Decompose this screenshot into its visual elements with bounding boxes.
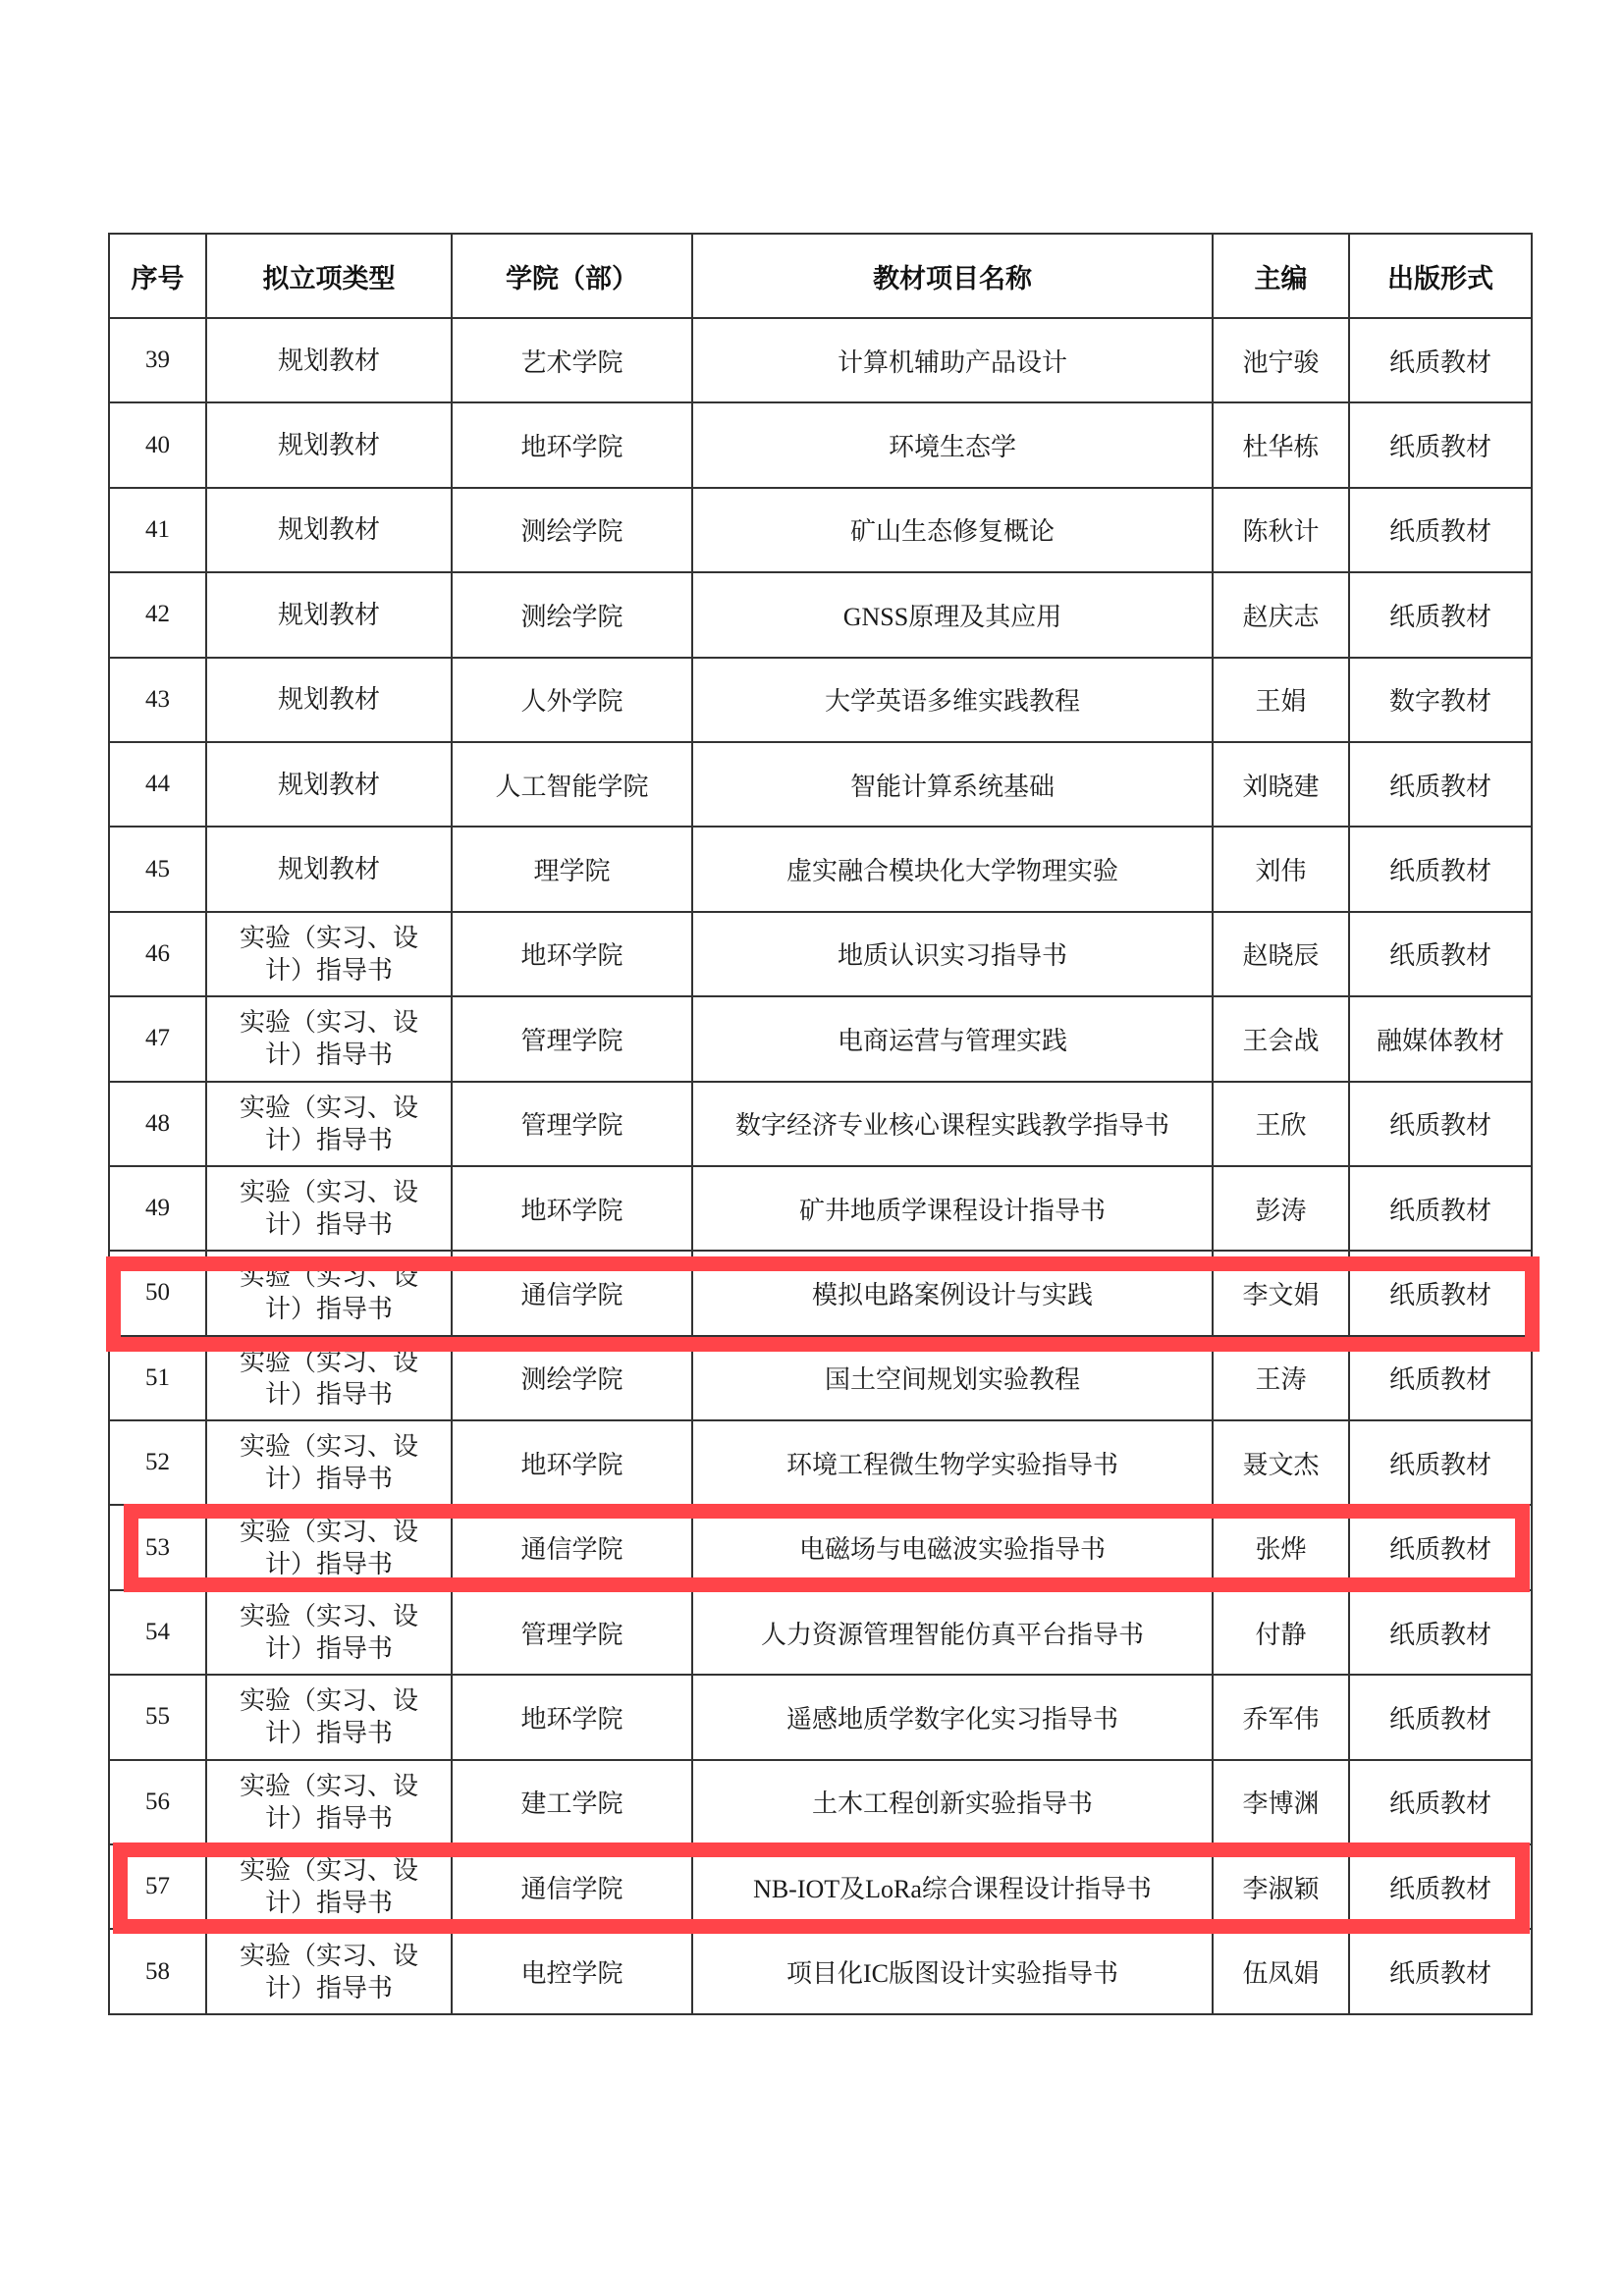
- cell-type: 实验（实习、设计）指导书: [206, 1760, 452, 1844]
- cell-editor: 伍凤娟: [1213, 1929, 1349, 2013]
- cell-editor: 池宁骏: [1213, 318, 1349, 402]
- table-row: 46实验（实习、设计）指导书地环学院地质认识实习指导书赵晓辰纸质教材: [109, 912, 1532, 996]
- cell-type-line: 规划教材: [207, 429, 451, 461]
- cell-title: 电磁场与电磁波实验指导书: [692, 1505, 1213, 1589]
- cell-type-line: 实验（实习、设: [207, 1516, 451, 1548]
- cell-no: 51: [109, 1336, 206, 1420]
- cell-format: 纸质教材: [1349, 402, 1532, 487]
- cell-type-line: 实验（实习、设: [207, 1346, 451, 1378]
- cell-type: 规划教材: [206, 318, 452, 402]
- cell-editor: 张烨: [1213, 1505, 1349, 1589]
- cell-type: 实验（实习、设计）指导书: [206, 1336, 452, 1420]
- cell-type-line: 计）指导书: [207, 1972, 451, 2004]
- table-row: 55实验（实习、设计）指导书地环学院遥感地质学数字化实习指导书乔军伟纸质教材: [109, 1675, 1532, 1759]
- cell-type: 实验（实习、设计）指导书: [206, 1675, 452, 1759]
- cell-no: 57: [109, 1844, 206, 1929]
- table-row: 40规划教材地环学院环境生态学杜华栋纸质教材: [109, 402, 1532, 487]
- cell-format: 纸质教材: [1349, 1251, 1532, 1335]
- cell-type: 实验（实习、设计）指导书: [206, 1166, 452, 1251]
- cell-college: 人外学院: [452, 658, 692, 742]
- cell-type: 实验（实习、设计）指导书: [206, 996, 452, 1081]
- cell-no: 54: [109, 1590, 206, 1675]
- cell-type-line: 计）指导书: [207, 1632, 451, 1665]
- cell-college: 地环学院: [452, 402, 692, 487]
- cell-title: 环境工程微生物学实验指导书: [692, 1420, 1213, 1505]
- cell-college: 人工智能学院: [452, 742, 692, 827]
- cell-editor: 刘伟: [1213, 827, 1349, 911]
- cell-type-line: 实验（实习、设: [207, 922, 451, 954]
- cell-no: 46: [109, 912, 206, 996]
- cell-title: 计算机辅助产品设计: [692, 318, 1213, 402]
- cell-type-line: 计）指导书: [207, 1039, 451, 1071]
- cell-type-line: 规划教材: [207, 599, 451, 631]
- cell-format: 纸质教材: [1349, 572, 1532, 657]
- cell-type: 实验（实习、设计）指导书: [206, 1082, 452, 1166]
- cell-type-line: 规划教材: [207, 345, 451, 377]
- header-no: 序号: [109, 234, 206, 318]
- cell-type-line: 计）指导书: [207, 1802, 451, 1835]
- table-row: 44规划教材人工智能学院智能计算系统基础刘晓建纸质教材: [109, 742, 1532, 827]
- cell-title: 虚实融合模块化大学物理实验: [692, 827, 1213, 911]
- cell-no: 48: [109, 1082, 206, 1166]
- cell-no: 53: [109, 1505, 206, 1589]
- cell-college: 通信学院: [452, 1251, 692, 1335]
- cell-type-line: 实验（实习、设: [207, 1770, 451, 1802]
- cell-title: 项目化IC版图设计实验指导书: [692, 1929, 1213, 2013]
- cell-no: 55: [109, 1675, 206, 1759]
- cell-title: 电商运营与管理实践: [692, 996, 1213, 1081]
- cell-type-line: 规划教材: [207, 513, 451, 546]
- cell-no: 44: [109, 742, 206, 827]
- cell-title: 数字经济专业核心课程实践教学指导书: [692, 1082, 1213, 1166]
- cell-title: 国土空间规划实验教程: [692, 1336, 1213, 1420]
- header-type: 拟立项类型: [206, 234, 452, 318]
- table-body: 39规划教材艺术学院计算机辅助产品设计池宁骏纸质教材40规划教材地环学院环境生态…: [109, 318, 1532, 2014]
- cell-type-line: 计）指导书: [207, 1887, 451, 1919]
- table-row: 47实验（实习、设计）指导书管理学院电商运营与管理实践王会战融媒体教材: [109, 996, 1532, 1081]
- cell-type-line: 规划教材: [207, 769, 451, 801]
- cell-type-line: 规划教材: [207, 683, 451, 716]
- cell-college: 通信学院: [452, 1505, 692, 1589]
- cell-college: 管理学院: [452, 1082, 692, 1166]
- cell-title: 矿山生态修复概论: [692, 488, 1213, 572]
- cell-format: 纸质教材: [1349, 912, 1532, 996]
- cell-title: NB-IOT及LoRa综合课程设计指导书: [692, 1844, 1213, 1929]
- table-row: 42规划教材测绘学院GNSS原理及其应用赵庆志纸质教材: [109, 572, 1532, 657]
- cell-college: 测绘学院: [452, 1336, 692, 1420]
- cell-editor: 王欣: [1213, 1082, 1349, 1166]
- cell-title: 遥感地质学数字化实习指导书: [692, 1675, 1213, 1759]
- cell-type: 实验（实习、设计）指导书: [206, 1929, 452, 2013]
- cell-editor: 王涛: [1213, 1336, 1349, 1420]
- table-row: 48实验（实习、设计）指导书管理学院数字经济专业核心课程实践教学指导书王欣纸质教…: [109, 1082, 1532, 1166]
- cell-college: 管理学院: [452, 996, 692, 1081]
- cell-editor: 乔军伟: [1213, 1675, 1349, 1759]
- cell-title: 环境生态学: [692, 402, 1213, 487]
- cell-type: 实验（实习、设计）指导书: [206, 1420, 452, 1505]
- cell-no: 43: [109, 658, 206, 742]
- cell-title: 人力资源管理智能仿真平台指导书: [692, 1590, 1213, 1675]
- cell-type-line: 计）指导书: [207, 1208, 451, 1241]
- cell-college: 测绘学院: [452, 572, 692, 657]
- cell-college: 管理学院: [452, 1590, 692, 1675]
- table-row: 58实验（实习、设计）指导书电控学院项目化IC版图设计实验指导书伍凤娟纸质教材: [109, 1929, 1532, 2013]
- cell-college: 地环学院: [452, 1420, 692, 1505]
- table-row: 45规划教材理学院虚实融合模块化大学物理实验刘伟纸质教材: [109, 827, 1532, 911]
- cell-title: 矿井地质学课程设计指导书: [692, 1166, 1213, 1251]
- cell-format: 纸质教材: [1349, 1166, 1532, 1251]
- cell-format: 纸质教材: [1349, 1590, 1532, 1675]
- cell-type-line: 实验（实习、设: [207, 1600, 451, 1632]
- cell-editor: 王娟: [1213, 658, 1349, 742]
- table-row: 39规划教材艺术学院计算机辅助产品设计池宁骏纸质教材: [109, 318, 1532, 402]
- cell-no: 47: [109, 996, 206, 1081]
- cell-format: 纸质教材: [1349, 742, 1532, 827]
- textbook-project-table: 序号 拟立项类型 学院（部） 教材项目名称 主编 出版形式 39规划教材艺术学院…: [108, 233, 1533, 2015]
- cell-type-line: 实验（实习、设: [207, 1854, 451, 1887]
- cell-editor: 刘晓建: [1213, 742, 1349, 827]
- table-row: 51实验（实习、设计）指导书测绘学院国土空间规划实验教程王涛纸质教材: [109, 1336, 1532, 1420]
- cell-type: 规划教材: [206, 572, 452, 657]
- cell-no: 39: [109, 318, 206, 402]
- cell-college: 地环学院: [452, 1675, 692, 1759]
- cell-no: 52: [109, 1420, 206, 1505]
- table-header-row: 序号 拟立项类型 学院（部） 教材项目名称 主编 出版形式: [109, 234, 1532, 318]
- cell-type: 规划教材: [206, 488, 452, 572]
- cell-editor: 彭涛: [1213, 1166, 1349, 1251]
- table-row: 41规划教材测绘学院矿山生态修复概论陈秋计纸质教材: [109, 488, 1532, 572]
- cell-type-line: 实验（实习、设: [207, 1684, 451, 1717]
- header-college: 学院（部）: [452, 234, 692, 318]
- cell-no: 56: [109, 1760, 206, 1844]
- cell-type-line: 实验（实习、设: [207, 1260, 451, 1293]
- cell-format: 纸质教材: [1349, 1844, 1532, 1929]
- table-row: 54实验（实习、设计）指导书管理学院人力资源管理智能仿真平台指导书付静纸质教材: [109, 1590, 1532, 1675]
- cell-type: 实验（实习、设计）指导书: [206, 1590, 452, 1675]
- cell-college: 测绘学院: [452, 488, 692, 572]
- cell-no: 42: [109, 572, 206, 657]
- cell-editor: 李博渊: [1213, 1760, 1349, 1844]
- cell-type: 实验（实习、设计）指导书: [206, 1505, 452, 1589]
- table-row: 49实验（实习、设计）指导书地环学院矿井地质学课程设计指导书彭涛纸质教材: [109, 1166, 1532, 1251]
- cell-type: 规划教材: [206, 827, 452, 911]
- cell-format: 纸质教材: [1349, 1929, 1532, 2013]
- header-format: 出版形式: [1349, 234, 1532, 318]
- cell-no: 50: [109, 1251, 206, 1335]
- cell-type-line: 实验（实习、设: [207, 1092, 451, 1124]
- cell-type: 实验（实习、设计）指导书: [206, 1844, 452, 1929]
- table-row: 56实验（实习、设计）指导书建工学院土木工程创新实验指导书李博渊纸质教材: [109, 1760, 1532, 1844]
- cell-type-line: 实验（实习、设: [207, 1176, 451, 1208]
- cell-title: GNSS原理及其应用: [692, 572, 1213, 657]
- cell-type: 规划教材: [206, 402, 452, 487]
- cell-title: 大学英语多维实践教程: [692, 658, 1213, 742]
- cell-no: 58: [109, 1929, 206, 2013]
- table-row: 43规划教材人外学院大学英语多维实践教程王娟数字教材: [109, 658, 1532, 742]
- cell-title: 土木工程创新实验指导书: [692, 1760, 1213, 1844]
- cell-type-line: 计）指导书: [207, 954, 451, 987]
- cell-editor: 李文娟: [1213, 1251, 1349, 1335]
- table-row: 50实验（实习、设计）指导书通信学院模拟电路案例设计与实践李文娟纸质教材: [109, 1251, 1532, 1335]
- cell-type-line: 计）指导书: [207, 1463, 451, 1495]
- cell-format: 纸质教材: [1349, 318, 1532, 402]
- cell-editor: 王会战: [1213, 996, 1349, 1081]
- cell-format: 纸质教材: [1349, 1336, 1532, 1420]
- cell-title: 地质认识实习指导书: [692, 912, 1213, 996]
- cell-type-line: 规划教材: [207, 853, 451, 885]
- header-editor: 主编: [1213, 234, 1349, 318]
- cell-format: 纸质教材: [1349, 1505, 1532, 1589]
- cell-college: 艺术学院: [452, 318, 692, 402]
- cell-type-line: 计）指导书: [207, 1717, 451, 1749]
- table-row: 53实验（实习、设计）指导书通信学院电磁场与电磁波实验指导书张烨纸质教材: [109, 1505, 1532, 1589]
- cell-type-line: 实验（实习、设: [207, 1430, 451, 1463]
- cell-no: 45: [109, 827, 206, 911]
- cell-editor: 杜华栋: [1213, 402, 1349, 487]
- cell-title: 智能计算系统基础: [692, 742, 1213, 827]
- cell-editor: 陈秋计: [1213, 488, 1349, 572]
- cell-title: 模拟电路案例设计与实践: [692, 1251, 1213, 1335]
- cell-type-line: 计）指导书: [207, 1378, 451, 1411]
- cell-no: 49: [109, 1166, 206, 1251]
- cell-college: 电控学院: [452, 1929, 692, 2013]
- cell-format: 纸质教材: [1349, 488, 1532, 572]
- cell-college: 建工学院: [452, 1760, 692, 1844]
- table-row: 52实验（实习、设计）指导书地环学院环境工程微生物学实验指导书聂文杰纸质教材: [109, 1420, 1532, 1505]
- cell-type: 规划教材: [206, 658, 452, 742]
- cell-format: 纸质教材: [1349, 1082, 1532, 1166]
- cell-type: 规划教材: [206, 742, 452, 827]
- cell-no: 40: [109, 402, 206, 487]
- table-row: 57实验（实习、设计）指导书通信学院NB-IOT及LoRa综合课程设计指导书李淑…: [109, 1844, 1532, 1929]
- cell-no: 41: [109, 488, 206, 572]
- cell-college: 地环学院: [452, 912, 692, 996]
- cell-format: 纸质教材: [1349, 827, 1532, 911]
- cell-college: 通信学院: [452, 1844, 692, 1929]
- cell-editor: 付静: [1213, 1590, 1349, 1675]
- cell-college: 地环学院: [452, 1166, 692, 1251]
- cell-editor: 聂文杰: [1213, 1420, 1349, 1505]
- cell-editor: 赵晓辰: [1213, 912, 1349, 996]
- cell-type: 实验（实习、设计）指导书: [206, 1251, 452, 1335]
- cell-type: 实验（实习、设计）指导书: [206, 912, 452, 996]
- cell-type-line: 计）指导书: [207, 1124, 451, 1156]
- cell-type-line: 实验（实习、设: [207, 1940, 451, 1972]
- cell-type-line: 计）指导书: [207, 1293, 451, 1325]
- cell-format: 融媒体教材: [1349, 996, 1532, 1081]
- cell-type-line: 计）指导书: [207, 1548, 451, 1580]
- cell-editor: 李淑颖: [1213, 1844, 1349, 1929]
- cell-format: 纸质教材: [1349, 1420, 1532, 1505]
- cell-type-line: 实验（实习、设: [207, 1006, 451, 1039]
- cell-format: 纸质教材: [1349, 1675, 1532, 1759]
- cell-editor: 赵庆志: [1213, 572, 1349, 657]
- cell-format: 纸质教材: [1349, 1760, 1532, 1844]
- cell-format: 数字教材: [1349, 658, 1532, 742]
- cell-college: 理学院: [452, 827, 692, 911]
- header-title: 教材项目名称: [692, 234, 1213, 318]
